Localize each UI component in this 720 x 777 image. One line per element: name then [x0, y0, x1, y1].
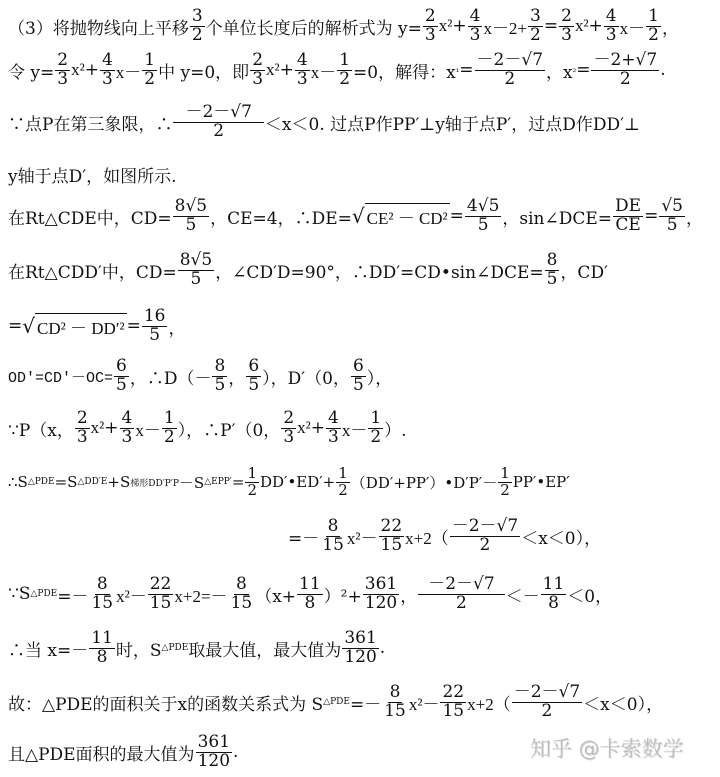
text: +S — [107, 473, 130, 491]
text: （DD′+PP′）•D′P′－ — [351, 472, 497, 493]
sqrt-icon: √ — [352, 204, 365, 228]
fraction: 815 — [89, 576, 115, 613]
fraction: 23 — [559, 8, 574, 45]
text: x+2=－ — [174, 582, 227, 607]
text: + — [104, 418, 118, 438]
text: = — [644, 206, 658, 226]
zhihu-watermark: 知乎 @卡索数学 — [530, 733, 684, 763]
text: ），D′（0， — [262, 364, 350, 389]
text: ），∴P′（0， — [178, 416, 281, 441]
text: . — [660, 60, 665, 80]
text: 时，S — [116, 636, 162, 661]
fraction: 4√55 — [465, 198, 501, 235]
text: PP′•EP′ — [513, 473, 570, 491]
text: ＜x＜0. 过点P作PP′⊥y轴于点P′，过点D作DD′⊥ — [265, 110, 640, 135]
fraction: 23 — [250, 52, 265, 89]
fraction: 43 — [468, 8, 483, 45]
text: ，x — [546, 58, 573, 83]
fraction: 65 — [351, 358, 366, 395]
fraction: 2215 — [379, 518, 405, 555]
text: ＜0， — [567, 582, 612, 607]
subscript: △PDE — [162, 643, 189, 653]
fraction: －2－√72 — [173, 104, 263, 141]
text: ， — [168, 314, 185, 339]
text: DD′•ED′+ — [260, 473, 335, 491]
fraction: 8√55 — [178, 252, 214, 289]
fraction: 2215 — [148, 576, 174, 613]
fraction: 32 — [528, 8, 543, 45]
text: CD² － DD′² — [35, 313, 127, 339]
text: ）. — [384, 416, 406, 441]
text: = — [576, 60, 590, 80]
fraction: 12 — [162, 410, 177, 447]
fraction: 12 — [337, 52, 352, 89]
text: . — [233, 742, 238, 762]
solution-line-13: ∴当 x=－ 118 时，S△PDE 取最大值，最大值为 361120 . — [8, 630, 385, 667]
text: ，∴D（－ — [130, 364, 212, 389]
solution-line-7: = √CD² － DD′²= 165 ， — [8, 308, 185, 345]
text: x²－ — [116, 582, 147, 607]
text: = — [8, 316, 22, 336]
fraction: 815 — [382, 684, 408, 721]
text: =S — [55, 473, 78, 491]
text: OD′=CD′－OC= — [8, 366, 113, 387]
fraction: 12 — [336, 466, 350, 499]
fraction: 23 — [75, 410, 90, 447]
fraction: 65 — [246, 358, 261, 395]
fraction: 85 — [545, 252, 560, 289]
text: x－ — [116, 58, 142, 83]
fraction: 65 — [114, 358, 129, 395]
text: 在Rt△CDD′中，CD= — [8, 258, 177, 283]
text: = — [459, 60, 473, 80]
solution-line-8: OD′=CD′－OC= 65 ，∴D（－ 85 ， 65 ），D′（0， 65 … — [8, 358, 392, 395]
fraction: 12 — [245, 466, 259, 499]
fraction: 12 — [368, 410, 383, 447]
fraction: 43 — [604, 8, 619, 45]
text: 故：△PDE的面积关于x的函数关系式为 S — [8, 690, 323, 715]
solution-line-6: 在Rt△CDD′中，CD= 8√55 ，∠CD′D=90°，∴DD′=CD•si… — [8, 252, 608, 289]
fraction: 361120 — [363, 576, 399, 613]
text: 个单位长度后的解析式为 y= — [206, 14, 422, 39]
text: x+2（ — [467, 690, 511, 715]
text: ，∠CD′D=90°，∴DD′=CD•sin∠DCE= — [215, 258, 543, 283]
text: ∵P（x， — [8, 416, 74, 441]
text: x－ — [311, 58, 337, 83]
subscript: △DD′E — [77, 477, 107, 487]
text: 取最大值，最大值为 — [188, 636, 341, 661]
text: x－ — [135, 416, 161, 441]
fraction: 815 — [229, 576, 255, 613]
text: = — [450, 206, 464, 226]
solution-line-15: 且△PDE面积的最大值为 361120 . — [8, 734, 238, 771]
fraction: √55 — [659, 198, 685, 235]
fraction: 23 — [55, 52, 70, 89]
fraction: 85 — [212, 358, 227, 395]
sqrt-icon: √ — [22, 314, 35, 338]
solution-line-10: ∴S△PDE =S△DD′E +S梯形DD′P′P －S△EPP′ = 12 D… — [8, 466, 570, 499]
fraction: 12 — [142, 52, 157, 89]
fraction: 12 — [646, 8, 661, 45]
fraction: 361120 — [342, 630, 378, 667]
text: x－ — [620, 14, 646, 39]
text: x²－ — [347, 524, 378, 549]
text: ＜x＜0）， — [583, 690, 663, 715]
text: （x+ — [255, 582, 296, 607]
text: x－ — [342, 416, 368, 441]
fraction: －2－√72 — [450, 518, 520, 555]
fraction: －2+√72 — [591, 52, 659, 89]
fraction: －2－√72 — [418, 576, 504, 613]
text: + — [452, 16, 466, 36]
solution-line-1: （3）将抛物线向上平移 32 个单位长度后的解析式为 y= 23x²+ 43x－… — [8, 8, 679, 45]
text: = — [544, 16, 558, 36]
text: + — [280, 60, 294, 80]
text: =－ — [288, 524, 319, 549]
text: ∵点P在第三象限，∴ — [8, 110, 172, 135]
text: =0，解得：x — [353, 58, 456, 83]
solution-line-12: ∵S△PDE =－ 815 x²－ 2215 x+2=－ 815 （x+ 118… — [8, 576, 612, 613]
text: －S — [179, 472, 204, 493]
text: + — [85, 60, 99, 80]
subscript: △PDE — [30, 589, 57, 599]
fraction: 43 — [326, 410, 341, 447]
solution-line-14: 故：△PDE的面积关于x的函数关系式为 S△PDE =－ 815 x²－ 221… — [8, 684, 663, 721]
text: x² — [266, 60, 280, 80]
text: CE² － CD² — [365, 203, 450, 229]
subscript: △PDE — [28, 477, 55, 487]
text: ， — [662, 14, 679, 39]
text: 中 y=0，即 — [158, 58, 249, 83]
text: y轴于点D′，如图所示. — [8, 162, 177, 187]
text: ∴S — [8, 473, 28, 491]
fraction: 165 — [142, 308, 168, 345]
text: 在Rt△CDE中，CD= — [8, 204, 172, 229]
fraction: 118 — [297, 576, 323, 613]
fraction: －2－√72 — [512, 684, 582, 721]
fraction: 8√55 — [173, 198, 209, 235]
text: =－ — [350, 690, 381, 715]
text: 令 y= — [8, 58, 54, 83]
text: ）， — [367, 364, 393, 389]
text: ， — [228, 364, 245, 389]
subscript: △EPP′ — [204, 477, 232, 487]
fraction: 23 — [423, 8, 438, 45]
text: =－ — [57, 582, 88, 607]
text: ∵S — [8, 584, 30, 604]
fraction: 43 — [100, 52, 115, 89]
text: ）²+ — [324, 582, 362, 607]
text: ， — [686, 204, 703, 229]
text: = — [127, 316, 141, 336]
fraction: 12 — [498, 466, 512, 499]
text: x－2+ — [483, 14, 527, 39]
solution-line-2: 令 y= 23x²+ 43x－ 12 中 y=0，即 23x²+ 43x－ 12… — [8, 52, 666, 89]
text: x+2（ — [405, 524, 449, 549]
text: x² — [575, 16, 589, 36]
text: ∴当 x=－ — [8, 636, 88, 661]
text: ＜x＜0）， — [521, 524, 601, 549]
fraction: 43 — [120, 410, 135, 447]
text: （3）将抛物线向上平移 — [8, 14, 189, 39]
solution-line-9: ∵P（x， 23x²+ 43x－ 12 ），∴P′（0， 23x²+ 43x－ … — [8, 410, 407, 447]
subscript: 梯形DD′P′P — [130, 476, 179, 489]
text: ，CE=4，∴DE= — [210, 204, 352, 229]
fraction: 32 — [190, 8, 205, 45]
text: x² — [297, 418, 311, 438]
text: + — [589, 16, 603, 36]
fraction: 361120 — [196, 734, 232, 771]
fraction: 118 — [541, 576, 567, 613]
subscript: △PDE — [323, 697, 350, 707]
text: x² — [71, 60, 85, 80]
text: ， — [400, 582, 417, 607]
fraction: 23 — [281, 410, 296, 447]
text: ，CD′ — [560, 258, 608, 283]
text: x²－ — [409, 690, 440, 715]
solution-line-4: y轴于点D′，如图所示. — [8, 162, 177, 187]
text: ＜－ — [506, 582, 540, 607]
text: ，sin∠DCE= — [502, 204, 612, 229]
text: x² — [439, 16, 453, 36]
fraction: DECE — [613, 198, 643, 235]
solution-line-5: 在Rt△CDE中，CD= 8√55 ，CE=4，∴DE= √CE² － CD²=… — [8, 198, 703, 235]
text: x² — [91, 418, 105, 438]
solution-line-3: ∵点P在第三象限，∴ －2－√72 ＜x＜0. 过点P作PP′⊥y轴于点P′，过… — [8, 104, 640, 141]
fraction: 2215 — [440, 684, 466, 721]
fraction: 815 — [320, 518, 346, 555]
fraction: －2－√72 — [475, 52, 545, 89]
text: = — [232, 473, 245, 491]
text: + — [311, 418, 325, 438]
text: 且△PDE面积的最大值为 — [8, 740, 195, 765]
fraction: 43 — [295, 52, 310, 89]
text: . — [380, 638, 385, 658]
fraction: 118 — [89, 630, 115, 667]
solution-line-11: =－ 815 x²－ 2215 x+2（ －2－√72 ＜x＜0）， — [288, 518, 601, 555]
